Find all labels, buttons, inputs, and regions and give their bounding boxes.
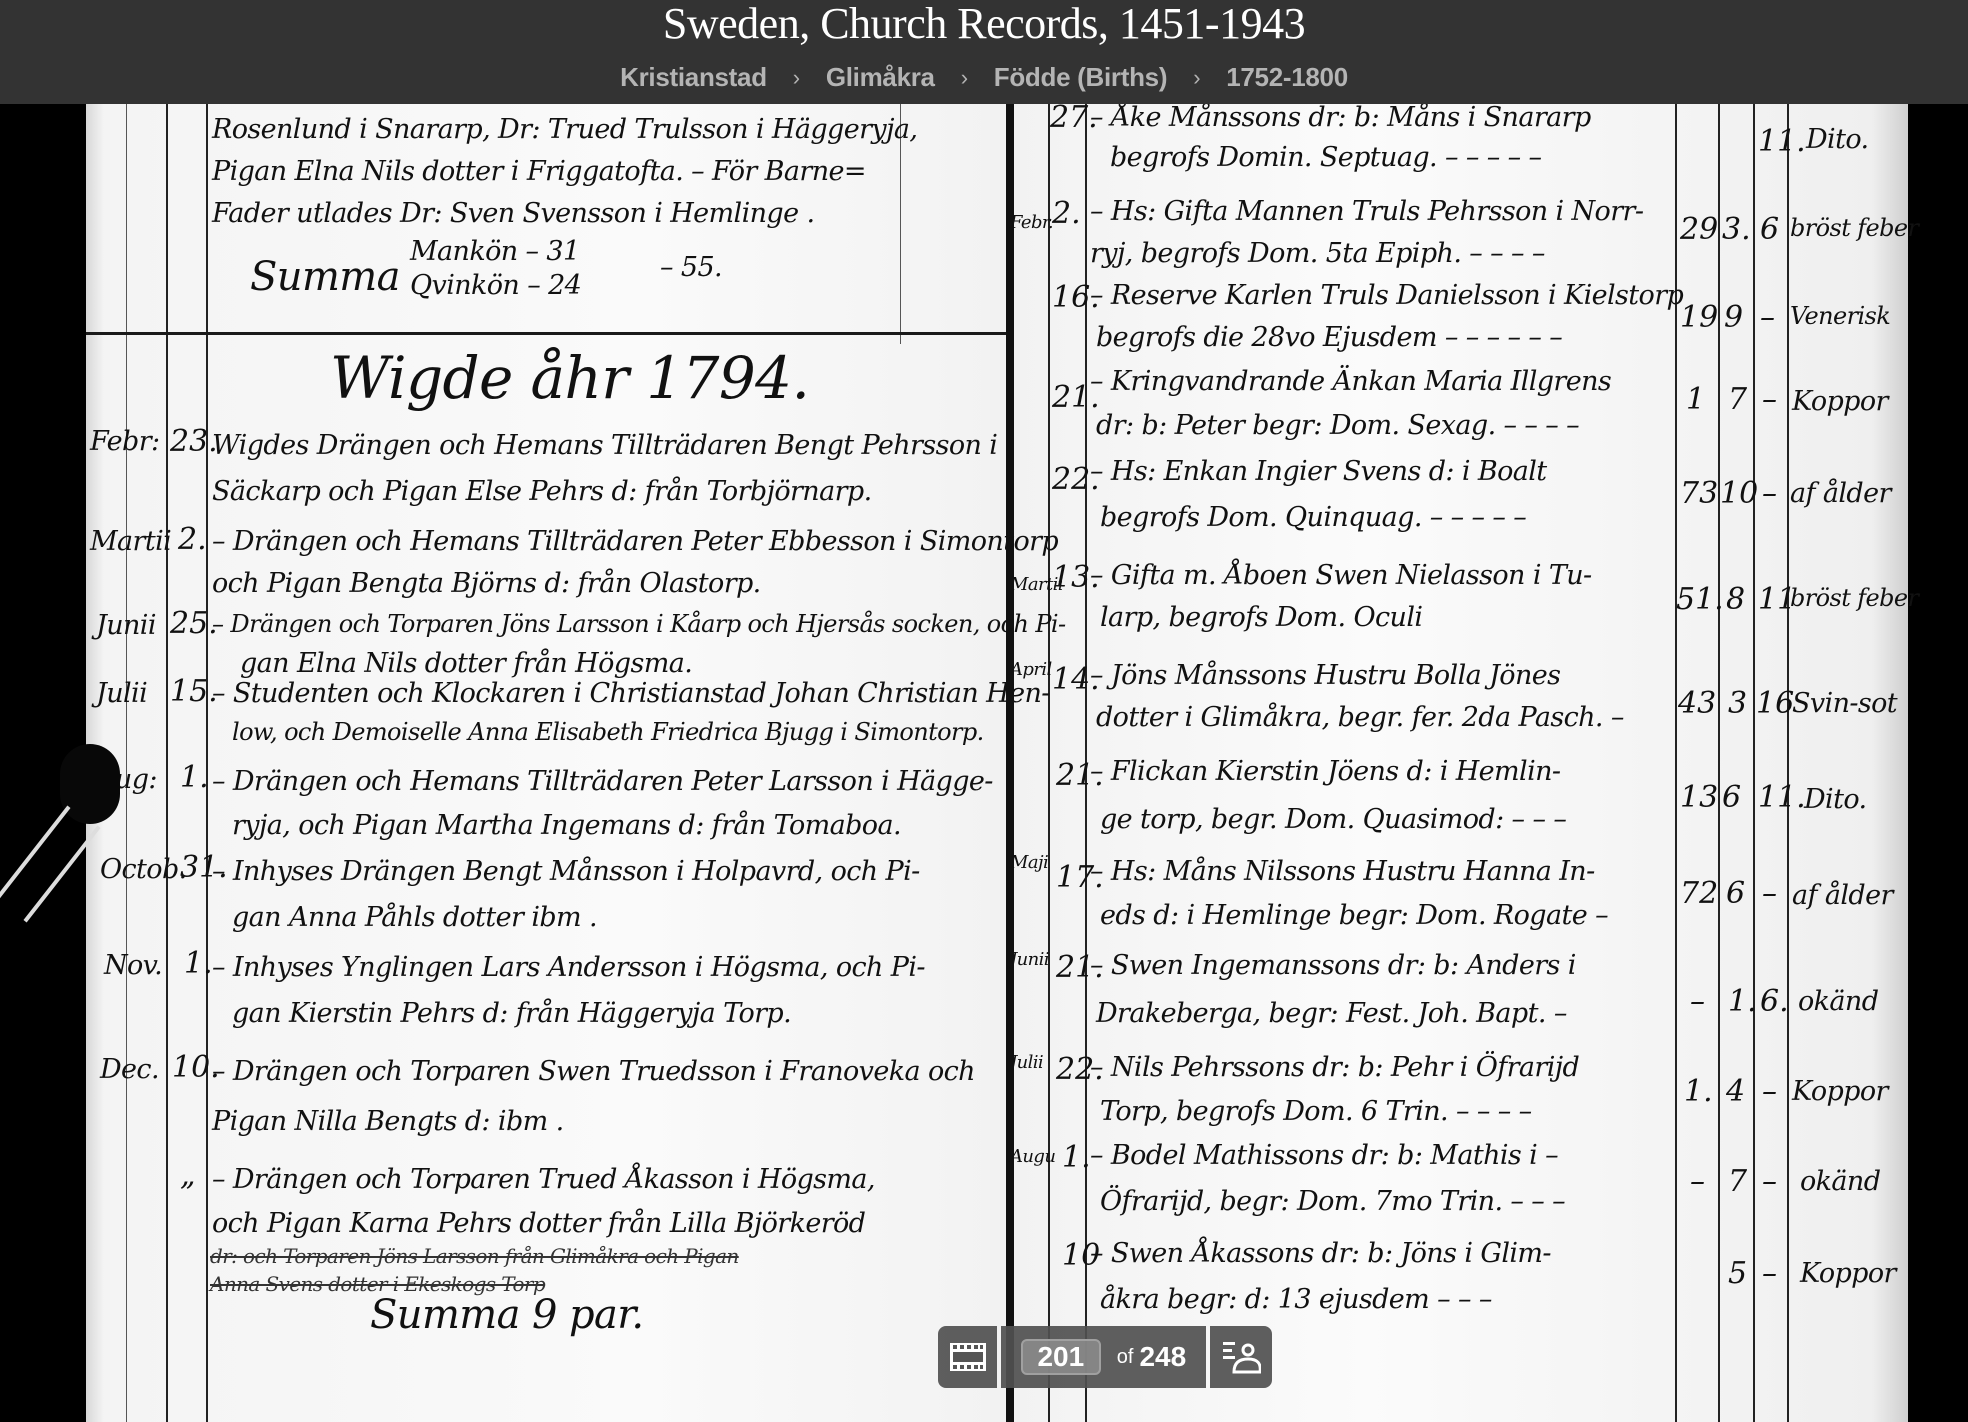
age-years: 13 [1680,780,1718,815]
filmstrip-button[interactable] [938,1326,997,1388]
record-line: – Jöns Månssons Hustru Bolla Jönes [1090,660,1560,691]
age-days: – [1762,476,1777,511]
footer-summa: Summa 9 par. [370,1292,643,1338]
age-days: – [1762,382,1777,417]
record-line: – Kringvandrande Änkan Maria Illgrens [1090,366,1611,397]
record-line: – Flickan Kierstin Jöens d: i Hemlin- [1090,756,1560,787]
margin-month: Maji [1010,852,1048,873]
breadcrumb: Kristianstad › Glimåkra › Födde (Births)… [0,62,1968,93]
record-line: larp, begrofs Dom. Oculi [1100,602,1422,633]
cause-of-death: okänd [1798,986,1878,1017]
age-months: 3 [1728,686,1747,721]
breadcrumb-kristianstad[interactable]: Kristianstad [620,62,767,93]
cause-of-death: Koppor [1792,1076,1888,1107]
margin-month: April [1010,659,1052,680]
record-line: Öfrarijd, begr: Dom. 7mo Trin. – – – [1100,1186,1565,1217]
column-rule [1718,104,1720,1422]
record-line: ryja, och Pigan Martha Ingemans d: från … [232,810,901,841]
record-line: – Swen Ingemanssons dr: b: Anders i [1090,950,1576,981]
cause-of-death: Koppor [1800,1258,1896,1289]
record-line: begrofs Domin. Septuag. – – – – – [1110,142,1541,173]
age-months: 5 [1728,1256,1747,1291]
cause-of-death: Svin-sot [1792,688,1897,719]
struck-record-line: dr: och Torparen Jöns Larsson från Glimå… [210,1244,739,1268]
margin-rule [126,104,127,1422]
entry-day: 2. [1052,196,1081,231]
record-line: Pigan Elna Nils dotter i Friggatofta. – … [212,156,866,187]
age-years: 73 [1680,476,1718,511]
record-line: – Nils Pehrssons dr: b: Pehr i Öfrarijd [1090,1052,1579,1083]
age-days: – [1762,1074,1777,1109]
age-years: – [1690,1164,1705,1199]
header: Sweden, Church Records, 1451-1943 Kristi… [0,0,1968,104]
record-line: ryj, begrofs Dom. 5ta Epiph. – – – – [1090,238,1545,269]
age-years: 1. [1684,1074,1713,1109]
age-months: 6 [1726,876,1745,911]
entry-month: Junii [96,610,156,641]
age-months: 7 [1728,382,1747,417]
record-line: Wigdes Drängen och Hemans Tillträdaren B… [212,430,997,461]
record-line: – Hs: Gifta Mannen Truls Pehrsson i Norr… [1090,196,1643,227]
record-line: gan Anna Påhls dotter ibm . [232,902,597,933]
age-days: 6 [1760,212,1779,247]
entry-day: 1. [1062,1140,1091,1175]
cause-of-death: Dito. [1804,784,1867,815]
margin-month: Augu [1010,1146,1055,1167]
record-line: – Inhyses Ynglingen Lars Andersson i Hög… [212,952,925,983]
margin-month: Junii [1010,949,1049,970]
clip-knob [60,744,120,824]
collection-title: Sweden, Church Records, 1451-1943 [0,2,1968,46]
record-line: Pigan Nilla Bengts d: ibm . [212,1106,564,1137]
record-line: begrofs Dom. Quinquag. – – – – – [1100,502,1526,533]
record-line: Säckarp och Pigan Else Pehrs d: från Tor… [212,476,872,507]
record-line: Fader utlades Dr: Sven Svensson i Hemlin… [212,198,814,229]
record-line: dotter i Glimåkra, begr. fer. 2da Pasch.… [1096,702,1624,733]
record-line: – Drängen och Hemans Tillträdaren Peter … [212,526,1058,557]
record-line: åkra begr: d: 13 ejusdem – – – [1100,1284,1492,1315]
age-months: 7 [1728,1164,1747,1199]
record-line: – Studenten och Klockaren i Christiansta… [212,678,1050,709]
clip-wire [0,805,71,902]
age-days: – [1760,300,1775,335]
breadcrumb-1752-1800[interactable]: 1752-1800 [1226,62,1348,93]
entry-month: Dec. [100,1054,159,1085]
page-navigator: of 248 [1001,1326,1206,1388]
page-total: 248 [1139,1341,1186,1373]
record-line: Rosenlund i Snararp, Dr: Trued Trulsson … [212,114,917,145]
chevron-right-icon: › [1193,65,1200,91]
age-months: 10 [1720,476,1758,511]
cause-of-death: bröst feber [1790,584,1918,612]
record-line: – Drängen och Hemans Tillträdaren Peter … [212,766,993,797]
record-line: – Hs: Måns Nilssons Hustru Hanna In- [1090,856,1595,887]
record-line: – Gifta m. Åboen Swen Nielasson i Tu- [1090,560,1592,591]
age-years: 1 [1686,382,1705,417]
column-rule [1753,104,1755,1422]
record-line: – Hs: Enkan Ingier Svens d: i Boalt [1090,456,1547,487]
entry-day: 15. [170,674,218,709]
margin-rule [166,104,168,1422]
summa-mankon: Mankön – 31 [410,236,580,267]
binder-clip [0,744,120,944]
record-line: – Swen Åkassons dr: b: Jöns i Glim- [1090,1238,1551,1269]
age-days: 11. [1758,124,1806,159]
record-line: – Drängen och Torparen Swen Truedsson i … [212,1056,975,1087]
age-months: 6 [1722,780,1741,815]
age-months: 9 [1724,300,1743,335]
book-spine [1006,104,1014,1422]
record-line: begrofs die 28vo Ejusdem – – – – – – [1096,322,1562,353]
cause-of-death: Koppor [1792,386,1888,417]
cause-of-death: af ålder [1790,478,1891,509]
record-line: dr: b: Peter begr: Dom. Sexag. – – – – [1096,410,1579,441]
cause-of-death: Dito. [1806,124,1869,155]
age-days: – [1762,1164,1777,1199]
entry-month: Nov. [104,950,162,981]
entry-day: 25. [170,606,218,641]
age-years: 43 [1678,686,1716,721]
image-navigation-toolbar: of 248 [938,1326,1272,1388]
record-line: – Inhyses Drängen Bengt Månsson i Holpav… [212,856,920,887]
column-rule [1048,104,1050,1422]
record-line: och Pigan Karna Pehrs dotter från Lilla … [212,1208,865,1239]
cause-of-death: af ålder [1792,880,1893,911]
cause-of-death: Venerisk [1790,302,1890,330]
age-years: 29 [1680,212,1718,247]
entry-month: Julii [96,678,147,709]
margin-month: Febr. [1010,212,1053,233]
age-months: 3. [1722,212,1751,247]
record-line: Torp, begrofs Dom. 6 Trin. – – – – [1100,1096,1532,1127]
column-rule [1787,104,1789,1422]
age-months: 4 [1726,1074,1745,1109]
breadcrumb-glimakra[interactable]: Glimåkra [826,62,935,93]
chevron-right-icon: › [961,65,968,91]
clip-wire [23,825,100,922]
summa-qvinkon: Qvinkön – 24 [410,270,581,301]
entry-day: 2. [178,522,207,557]
entry-month: Febr: [90,426,160,457]
summa-total: – 55. [660,252,722,283]
age-months: 8 [1726,582,1745,617]
record-line: eds d: i Hemlinge begr: Dom. Rogate – [1100,900,1608,931]
filmstrip-icon [949,1342,987,1372]
record-line: gan Kierstin Pehrs d: från Häggeryja Tor… [232,998,791,1029]
chevron-right-icon: › [793,65,800,91]
entry-day: 1. [184,946,213,981]
age-days: – [1762,876,1777,911]
entry-day: 1. [180,760,209,795]
section-divider [86,332,1006,335]
entry-day: „ [180,1158,196,1193]
record-line: och Pigan Bengta Björns d: från Olastorp… [212,568,761,599]
record-image-viewer[interactable]: Rosenlund i Snararp, Dr: Trued Trulsson … [0,104,1968,1422]
page-number-input[interactable] [1021,1339,1101,1375]
entry-day: 23. [170,424,218,459]
record-line: – Drängen och Torparen Jöns Larsson i Kå… [212,610,1066,638]
margin-month: Julii [1010,1052,1043,1073]
record-line: – Drängen och Torparen Trued Åkasson i H… [212,1164,875,1195]
record-line: gan Elna Nils dotter från Högsma. [240,648,692,679]
record-line: low, och Demoiselle Anna Elisabeth Fried… [232,718,984,746]
of-label: of [1117,1346,1134,1369]
age-years: 72 [1680,876,1718,911]
age-months: 1. [1728,984,1757,1019]
age-days: 16 [1756,686,1794,721]
cause-of-death: okänd [1800,1166,1880,1197]
record-line: – Bodel Mathissons dr: b: Mathis i – [1090,1140,1558,1171]
person-list-icon [1221,1339,1261,1375]
breadcrumb-fodde-births[interactable]: Födde (Births) [994,62,1167,93]
record-line: ge torp, begr. Dom. Quasimod: – – – [1100,804,1566,835]
section-heading: Wigde åhr 1794. [330,344,809,412]
age-years: – [1690,984,1705,1019]
summa-label: Summa [250,254,400,300]
record-line: Drakeberga, begr: Fest. Joh. Bapt. – [1096,998,1567,1029]
age-days: – [1762,1256,1777,1291]
age-days: 6. [1760,984,1789,1019]
cause-of-death: bröst feber [1790,214,1918,242]
age-days: 11. [1758,780,1806,815]
entry-month: Martii [90,526,171,557]
record-line: – Åke Månssons dr: b: Måns i Snararp [1090,104,1591,133]
record-line: – Reserve Karlen Truls Danielsson i Kiel… [1090,280,1683,311]
index-button[interactable] [1210,1326,1272,1388]
age-years: 51. [1676,582,1724,617]
age-years: 19 [1680,300,1718,335]
